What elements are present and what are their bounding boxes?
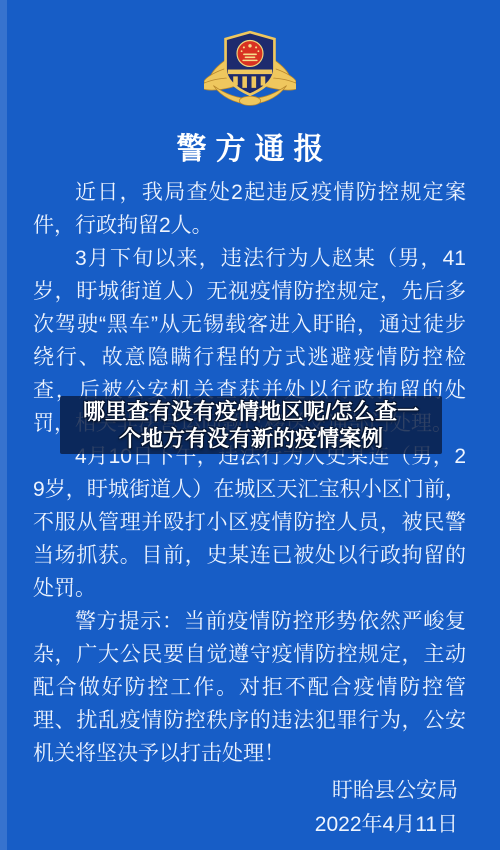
police-notice-image: 警方通报 近日，我局查处2起违反疫情防控规定案件，行政拘留2人。 3月下旬以来，… <box>0 0 500 850</box>
caption-line-1: 哪里查有没有疫情地区呢/怎么查一 <box>83 398 419 425</box>
police-badge-icon <box>204 26 296 110</box>
notice-body: 近日，我局查处2起违反疫情防控规定案件，行政拘留2人。 3月下旬以来，违法行为人… <box>33 176 466 842</box>
notice-paragraph-4: 警方提示：当前疫情防控形势依然严峻复杂，广大公民要自觉遵守疫情防控规定，主动配合… <box>33 605 466 770</box>
caption-overlay: 哪里查有没有疫情地区呢/怎么查一 个地方有没有新的疫情案例 <box>60 396 442 454</box>
notice-paragraph-1: 近日，我局查处2起违反疫情防控规定案件，行政拘留2人。 <box>33 176 466 242</box>
signature-block: 盱眙县公安局 2022年4月11日 <box>33 774 466 842</box>
caption-line-2: 个地方有没有新的疫情案例 <box>119 425 383 452</box>
notice-title: 警方通报 <box>0 124 500 168</box>
issuer-name: 盱眙县公安局 <box>33 774 458 808</box>
notice-paragraph-3: 4月10日下午，违法行为人史某连（男，29岁，盱城街道人）在城区天汇宝积小区门前… <box>33 440 466 605</box>
issue-date: 2022年4月11日 <box>33 808 458 842</box>
